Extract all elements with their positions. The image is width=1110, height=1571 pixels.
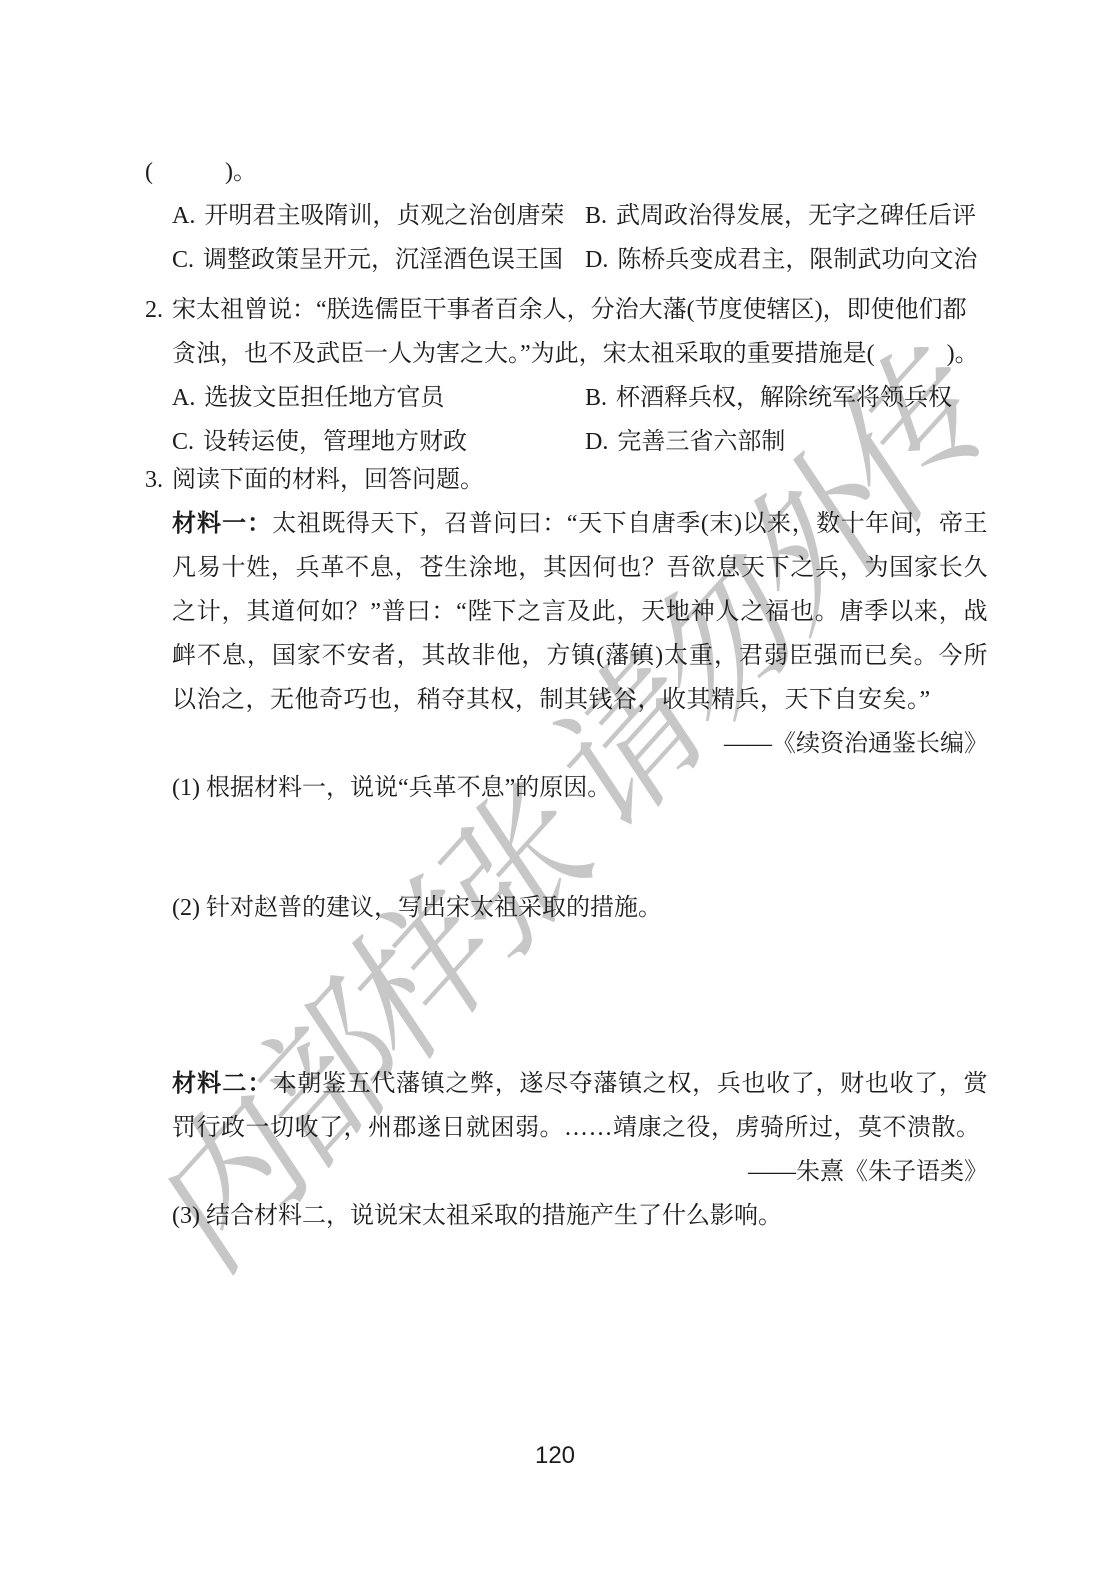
option-text: 选拔文臣担任地方官员 bbox=[204, 385, 444, 411]
question-2-options: A.选拔文臣担任地方官员 B.杯酒释兵权，解除统军将领兵权 C.设转运使，管理地… bbox=[172, 376, 988, 464]
option-text: 完善三省六部制 bbox=[617, 429, 785, 455]
option-b: B.武周政治得发展，无字之碑任后评 bbox=[585, 194, 988, 238]
question-2: 2. 宋太祖曾说：“朕选儒臣干事者百余人，分治大藩(节度使辖区)，即使他们都贪浊… bbox=[145, 288, 988, 464]
material-text: 太祖既得天下，召普问曰：“天下自唐季(末)以来，数十年间，帝王凡易十姓，兵革不息… bbox=[172, 511, 988, 713]
option-d: D.陈桥兵变成君主，限制武功向文治 bbox=[585, 238, 988, 282]
option-label: B. bbox=[585, 385, 607, 411]
question-number: 3. bbox=[145, 458, 172, 502]
page-content: ( )。 A.开明君主吸隋训，贞观之治创唐荣 B.武周政治得发展，无字之碑任后评… bbox=[0, 0, 1110, 1571]
sub-question-1: (1) 根据材料一，说说“兵革不息”的原因。 bbox=[172, 766, 988, 810]
question-stem: 宋太祖曾说：“朕选儒臣干事者百余人，分治大藩(节度使辖区)，即使他们都贪浊，也不… bbox=[172, 288, 988, 376]
question-body: 宋太祖曾说：“朕选儒臣干事者百余人，分治大藩(节度使辖区)，即使他们都贪浊，也不… bbox=[172, 288, 988, 464]
option-text: 调整政策呈开元，沉淫酒色误王国 bbox=[203, 247, 563, 273]
material-1-paragraph: 材料一：太祖既得天下，召普问曰：“天下自唐季(末)以来，数十年间，帝王凡易十姓，… bbox=[172, 502, 988, 722]
workbook-page: 内部样张 请勿外传 ( )。 A.开明君主吸隋训，贞观之治创唐荣 B.武周政治得… bbox=[0, 0, 1110, 1571]
material-label: 材料二： bbox=[172, 1071, 273, 1097]
question-3: 3. 阅读下面的材料，回答问题。 bbox=[145, 458, 988, 502]
option-text: 武周政治得发展，无字之碑任后评 bbox=[616, 203, 976, 229]
material-2-source: ——朱熹《朱子语类》 bbox=[145, 1150, 988, 1194]
option-b: B.杯酒释兵权，解除统军将领兵权 bbox=[585, 376, 988, 420]
option-label: A. bbox=[172, 203, 195, 229]
option-text: 陈桥兵变成君主，限制武功向文治 bbox=[617, 247, 977, 273]
option-text: 开明君主吸隋训，贞观之治创唐荣 bbox=[204, 203, 564, 229]
option-text: 杯酒释兵权，解除统军将领兵权 bbox=[616, 385, 952, 411]
question-1-answer-blank: ( )。 bbox=[145, 150, 988, 194]
option-a: A.开明君主吸隋训，贞观之治创唐荣 bbox=[172, 194, 585, 238]
sub-question-2: (2) 针对赵普的建议，写出宋太祖采取的措施。 bbox=[172, 886, 988, 930]
option-label: A. bbox=[172, 385, 195, 411]
option-label: D. bbox=[585, 247, 608, 273]
option-label: C. bbox=[172, 429, 194, 455]
question-number: 2. bbox=[145, 288, 172, 464]
option-label: C. bbox=[172, 247, 194, 273]
question-1-options: A.开明君主吸隋训，贞观之治创唐荣 B.武周政治得发展，无字之碑任后评 C.调整… bbox=[172, 194, 988, 282]
material-label: 材料一： bbox=[172, 511, 272, 537]
option-a: A.选拔文臣担任地方官员 bbox=[172, 376, 585, 420]
option-label: D. bbox=[585, 429, 608, 455]
page-number: 120 bbox=[0, 1441, 1110, 1471]
sub-question-3: (3) 结合材料二，说说宋太祖采取的措施产生了什么影响。 bbox=[172, 1194, 988, 1238]
material-2-paragraph: 材料二：本朝鉴五代藩镇之弊，遂尽夺藩镇之权，兵也收了，财也收了，赏罚行政一切收了… bbox=[172, 1062, 988, 1150]
question-stem: 阅读下面的材料，回答问题。 bbox=[172, 458, 988, 502]
material-1-source: ——《续资治通鉴长编》 bbox=[145, 722, 988, 766]
material-text: 本朝鉴五代藩镇之弊，遂尽夺藩镇之权，兵也收了，财也收了，赏罚行政一切收了，州郡遂… bbox=[172, 1071, 988, 1141]
option-label: B. bbox=[585, 203, 607, 229]
option-text: 设转运使，管理地方财政 bbox=[203, 429, 467, 455]
option-c: C.调整政策呈开元，沉淫酒色误王国 bbox=[172, 238, 585, 282]
